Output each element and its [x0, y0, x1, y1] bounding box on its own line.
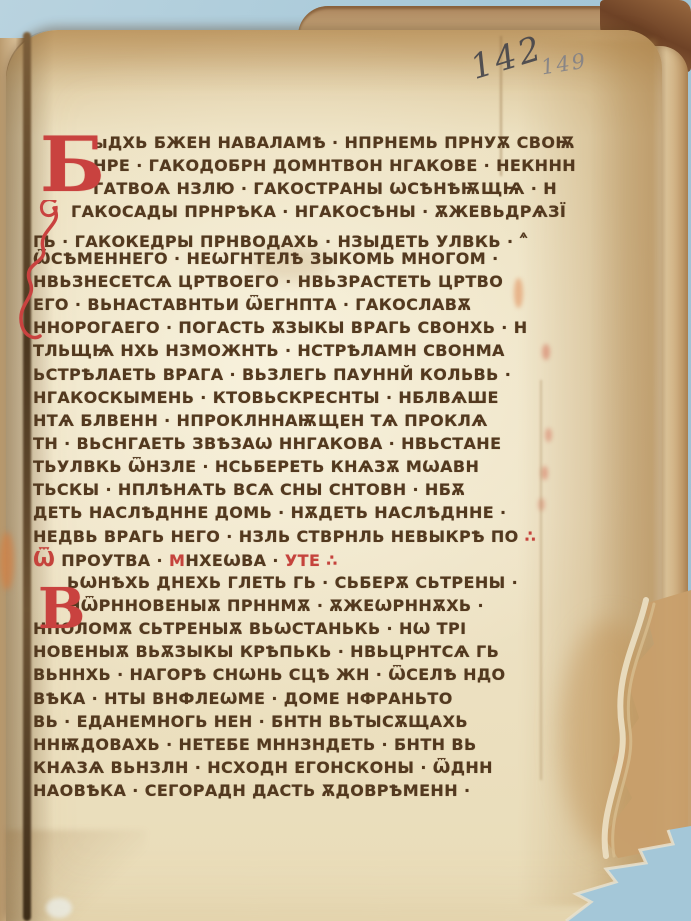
torn-corner [540, 560, 691, 921]
manuscript-photo: 142 149 Б В ыДХЬ БЖЕН НАВАЛАМѢ · НПРНЕМЬ… [0, 0, 691, 921]
initial-flourish-ornament [10, 200, 70, 345]
binding-gutter-crease [23, 32, 31, 921]
rubricated-initial-b: Б [40, 126, 105, 204]
rubricated-initial-v: В [38, 580, 85, 638]
